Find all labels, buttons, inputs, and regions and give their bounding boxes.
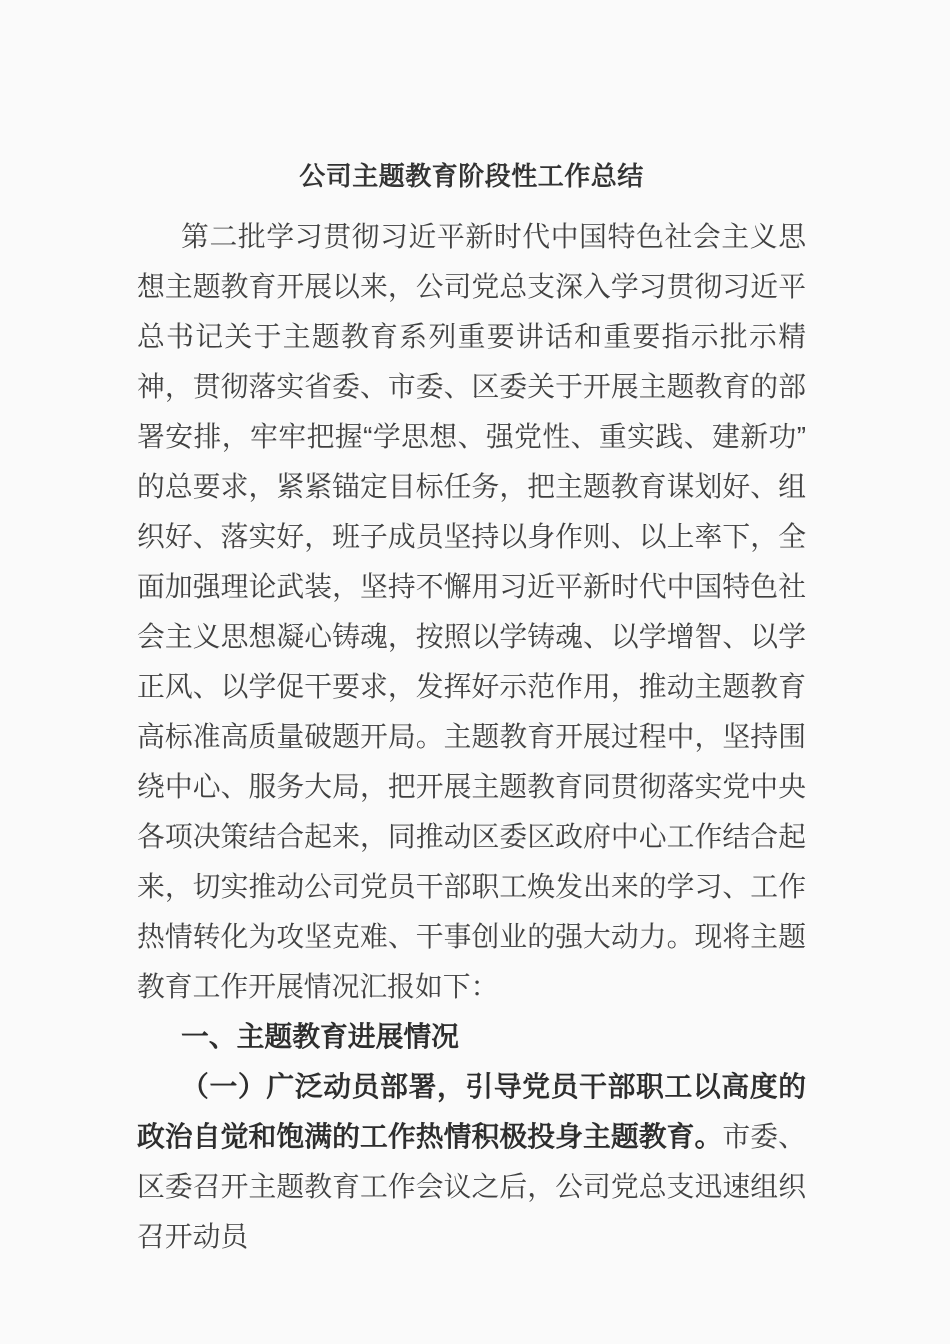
document-title: 公司主题教育阶段性工作总结 (137, 151, 806, 201)
section-heading-1: 一、主题教育进展情况 (137, 1012, 806, 1062)
intro-paragraph: 第二批学习贯彻习近平新时代中国特色社会主义思想主题教育开展以来，公司党总支深入学… (137, 212, 806, 1012)
subsection-paragraph-1: （一）广泛动员部署，引导党员干部职工以高度的政治自觉和饱满的工作热情积极投身主题… (137, 1062, 806, 1262)
subsection-lead-bold: （一）广泛动员部署，引导党员干部职工以高度的政治自觉和饱满的工作热情积极投身主题… (137, 1071, 806, 1152)
document-page: 公司主题教育阶段性工作总结 第二批学习贯彻习近平新时代中国特色社会主义思想主题教… (0, 0, 950, 1344)
